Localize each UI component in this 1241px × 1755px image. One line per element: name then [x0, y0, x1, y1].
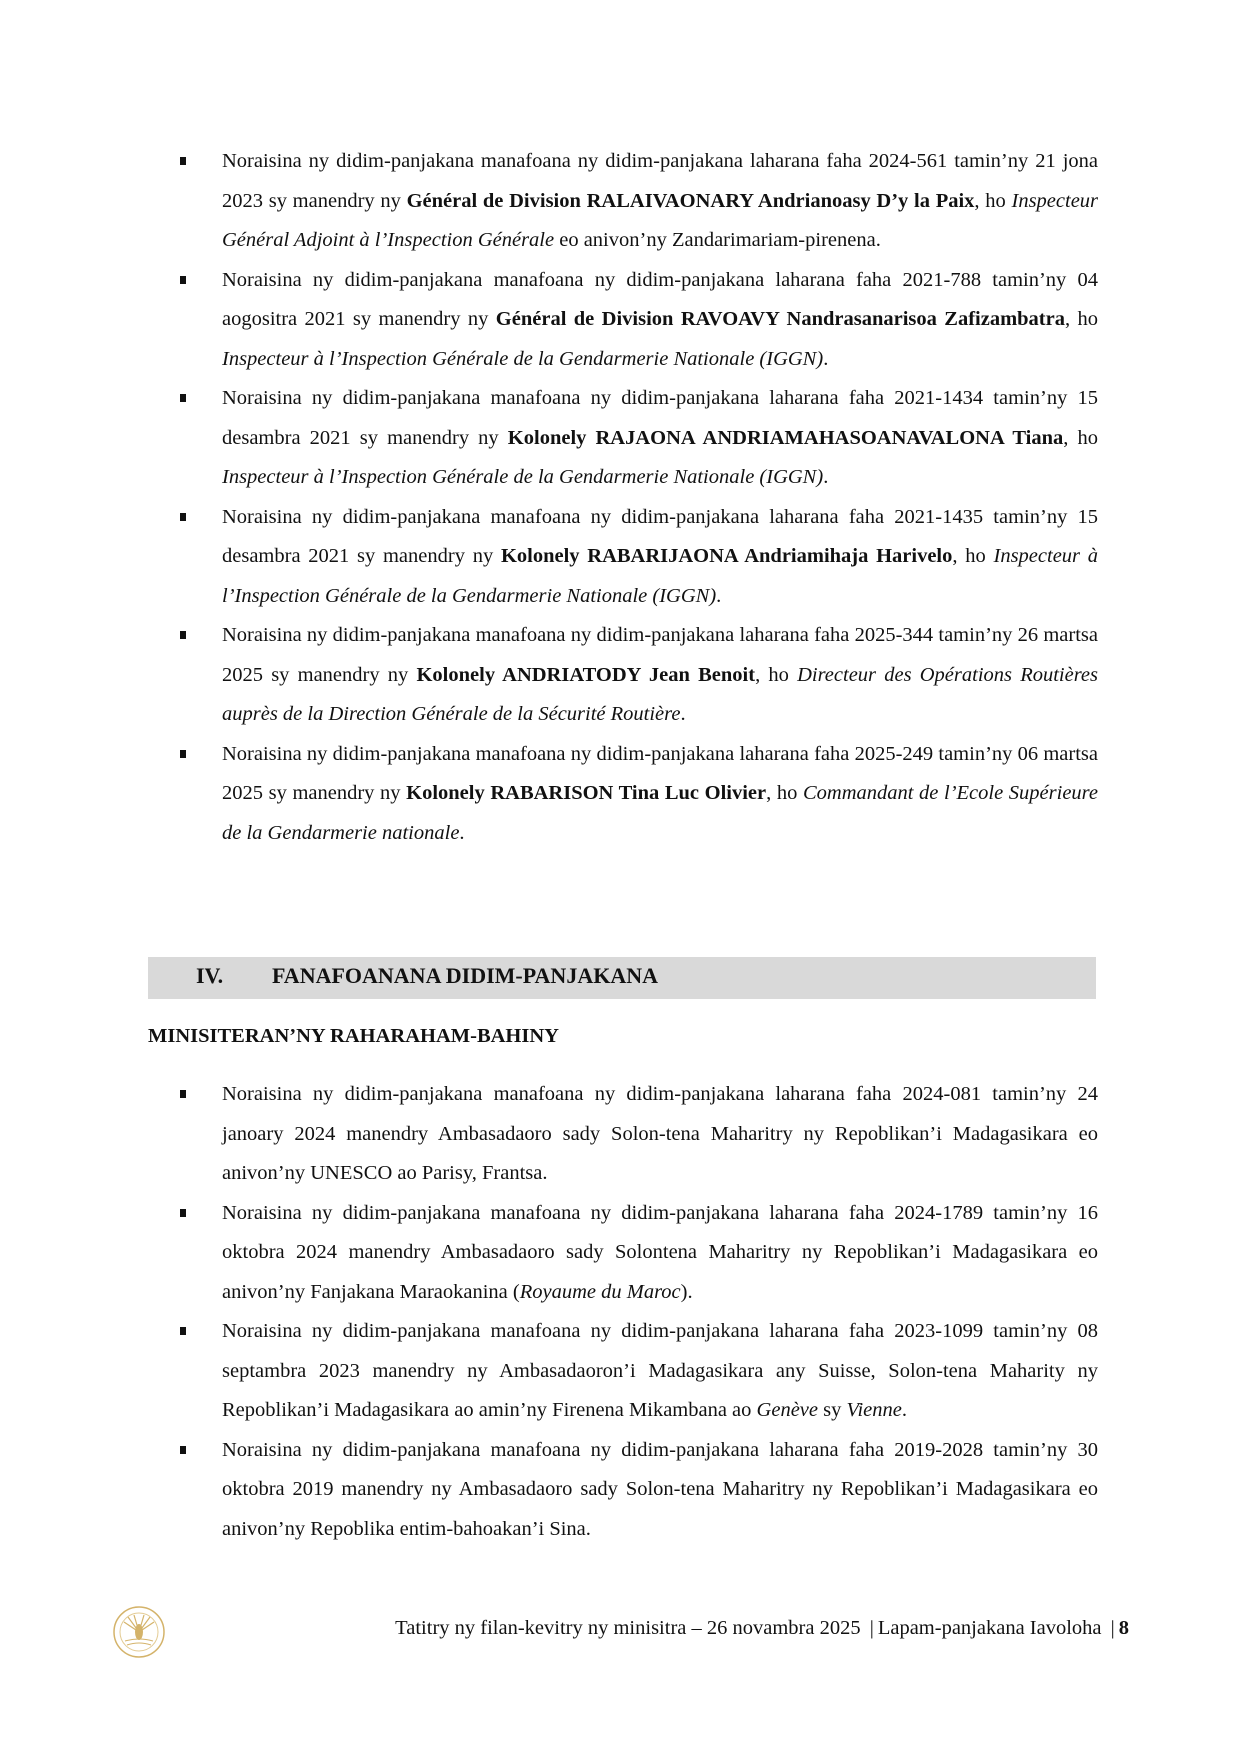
footer-report-title: Tatitry ny filan-kevitry ny minisitra – … [395, 1617, 860, 1639]
square-bullet-icon [180, 157, 186, 165]
list-item: Noraisina ny didim-panjakana manafoana n… [222, 379, 1098, 498]
italic-term: Royaume du Maroc [520, 1281, 681, 1303]
item-text: . [823, 348, 828, 370]
item-text: , ho [1065, 308, 1098, 330]
item-text: , ho [755, 664, 797, 686]
square-bullet-icon [180, 1090, 186, 1098]
square-bullet-icon [180, 394, 186, 402]
square-bullet-icon [180, 1209, 186, 1217]
square-bullet-icon [180, 1327, 186, 1335]
item-text: eo anivon’ny Zandarimariam-pirenena. [554, 229, 881, 251]
footer-text: Tatitry ny filan-kevitry ny minisitra – … [395, 1617, 1129, 1640]
section-heading-bar: IV. FANAFOANANA DIDIM-PANJAKANA [148, 957, 1096, 999]
presidency-seal-icon [112, 1605, 166, 1659]
square-bullet-icon [180, 513, 186, 521]
item-text: Noraisina ny didim-panjakana manafoana n… [222, 1439, 1098, 1540]
item-text: Noraisina ny didim-panjakana manafoana n… [222, 1083, 1098, 1184]
page-number: 8 [1119, 1617, 1129, 1639]
list-item: Noraisina ny didim-panjakana manafoana n… [222, 1312, 1098, 1431]
item-text: , ho [952, 545, 993, 567]
square-bullet-icon [180, 1446, 186, 1454]
list-item: Noraisina ny didim-panjakana manafoana n… [222, 735, 1098, 854]
list-item: Noraisina ny didim-panjakana manafoana n… [222, 1194, 1098, 1313]
role-title: Inspecteur à l’Inspection Générale de la… [222, 348, 823, 370]
item-text: . [680, 703, 685, 725]
person-name: Général de Division RALAIVAONARY Andrian… [407, 190, 975, 212]
italic-term: Genève [757, 1399, 818, 1421]
person-name: Kolonely RABARISON Tina Luc Olivier [406, 782, 766, 804]
item-text: sy [818, 1399, 846, 1421]
list-item: Noraisina ny didim-panjakana manafoana n… [222, 498, 1098, 617]
item-text: . [459, 822, 464, 844]
section-title: FANAFOANANA DIDIM-PANJAKANA [272, 963, 658, 989]
list-item: Noraisina ny didim-panjakana manafoana n… [222, 1431, 1098, 1550]
person-name: Kolonely ANDRIATODY Jean Benoit [416, 664, 755, 686]
item-text: . [716, 585, 721, 607]
italic-term: Vienne [846, 1399, 901, 1421]
footer-separator: | [866, 1617, 878, 1639]
list-item: Noraisina ny didim-panjakana manafoana n… [222, 1075, 1098, 1194]
item-text: ). [681, 1281, 693, 1303]
person-name: Général de Division RAVOAVY Nandrasanari… [496, 308, 1065, 330]
item-text: , ho [1063, 427, 1098, 449]
list-item: Noraisina ny didim-panjakana manafoana n… [222, 261, 1098, 380]
square-bullet-icon [180, 631, 186, 639]
footer-institution: Lapam-panjakana Iavoloha [878, 1617, 1102, 1639]
abrogation-list: Noraisina ny didim-panjakana manafoana n… [180, 1075, 1098, 1549]
role-title: Inspecteur à l’Inspection Générale de la… [222, 466, 823, 488]
person-name: Kolonely RAJAONA ANDRIAMAHASOANAVALONA T… [508, 427, 1063, 449]
item-text: , ho [974, 190, 1011, 212]
item-text: , ho [766, 782, 803, 804]
list-item: Noraisina ny didim-panjakana manafoana n… [222, 142, 1098, 261]
square-bullet-icon [180, 750, 186, 758]
square-bullet-icon [180, 276, 186, 284]
person-name: Kolonely RABARIJAONA Andriamihaja Harive… [501, 545, 952, 567]
document-page: Noraisina ny didim-panjakana manafoana n… [0, 0, 1241, 1755]
item-text: . [902, 1399, 907, 1421]
item-text: . [823, 466, 828, 488]
list-item: Noraisina ny didim-panjakana manafoana n… [222, 616, 1098, 735]
appointment-list: Noraisina ny didim-panjakana manafoana n… [180, 142, 1098, 853]
section-number: IV. [196, 963, 223, 989]
ministry-heading: MINISITERAN’NY RAHARAHAM-BAHINY [148, 1025, 559, 1048]
item-text: Noraisina ny didim-panjakana manafoana n… [222, 1320, 1098, 1421]
footer-separator: | [1107, 1617, 1119, 1639]
page-footer: Tatitry ny filan-kevitry ny minisitra – … [0, 1605, 1241, 1655]
